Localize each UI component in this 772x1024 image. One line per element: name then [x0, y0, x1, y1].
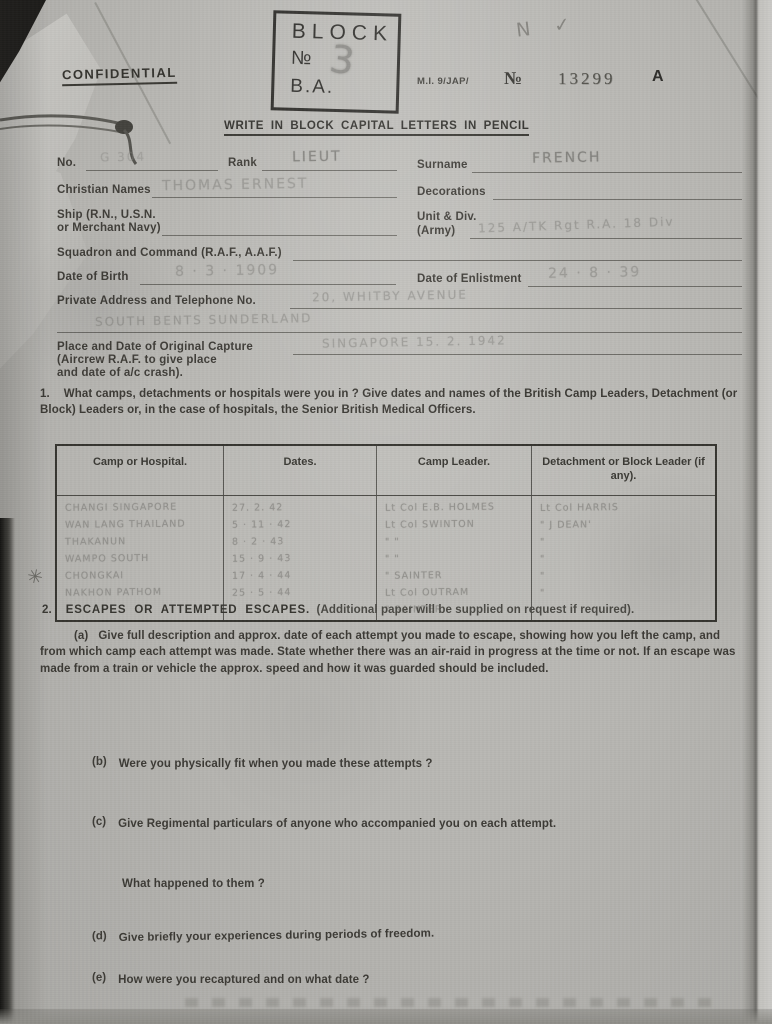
field-line-address-2: [57, 331, 742, 333]
block-capitals-instruction: WRITE IN BLOCK CAPITAL LETTERS IN PENCIL: [224, 120, 529, 136]
pencil-smudge: [185, 998, 715, 1007]
leader-cell: " ": [385, 549, 527, 567]
field-label-dob: Date of Birth: [57, 271, 129, 283]
question-2b-id: (b): [92, 756, 107, 772]
field-line-christian-names: [152, 196, 397, 198]
field-label-unit-div-2: (Army): [417, 225, 455, 237]
form-serial-number: 13299: [558, 69, 616, 89]
bottom-edge-shadow: [0, 1009, 772, 1024]
field-line-unit-div: [470, 237, 742, 239]
field-label-ship-2: or Merchant Navy): [57, 222, 161, 234]
question-1: 1.What camps, detachments or hospitals w…: [40, 386, 744, 419]
field-value-rank: LIEUT: [292, 149, 342, 166]
camps-column: CHANGI SINGAPORE WAN LANG THAILAND THAKA…: [57, 496, 224, 620]
field-label-capture-1: Place and Date of Original Capture: [57, 341, 253, 353]
field-label-capture-2: (Aircrew R.A.F. to give place: [57, 354, 217, 366]
form-number-label: №: [504, 68, 522, 89]
field-value-unit-div: 125 A/TK Rgt R.A. 18 Div: [478, 215, 675, 236]
detachment-cell: ": [540, 583, 711, 602]
field-value-enlistment: 24 · 8 · 39: [548, 264, 642, 282]
question-2-heading: 2.ESCAPES OR ATTEMPTED ESCAPES. (Additio…: [42, 602, 742, 618]
field-value-no: G 304: [100, 150, 146, 165]
question-2e: (e) How were you recaptured and on what …: [92, 972, 370, 988]
field-value-christian-names: THOMAS ERNEST: [162, 176, 309, 195]
confidential-marking: CONFIDENTIAL: [62, 65, 177, 86]
question-2-title: ESCAPES OR ATTEMPTED ESCAPES.: [66, 604, 310, 616]
field-line-dob: [140, 283, 396, 285]
form-reference-prefix: M.I. 9/JAP/: [417, 76, 469, 87]
camps-table-header-row: Camp or Hospital. Dates. Camp Leader. De…: [57, 446, 715, 496]
leader-cell: " SAINTER: [385, 566, 527, 584]
leader-cell: Lt Col E.B. HOLMES: [385, 498, 527, 516]
field-label-no: No.: [57, 157, 76, 169]
field-label-surname: Surname: [417, 159, 468, 171]
question-2b-text: Were you physically fit when you made th…: [119, 756, 433, 772]
date-cell: 25 · 5 · 44: [232, 583, 372, 601]
question-2e-text: How were you recaptured and on what date…: [118, 972, 370, 988]
detachment-cell: ": [540, 532, 711, 551]
field-line-enlistment: [528, 285, 742, 287]
question-2d: (d) Give briefly your experiences during…: [92, 926, 434, 947]
leader-cell: " ": [385, 532, 527, 550]
field-value-address-1: 20, WHITBY AVENUE: [312, 288, 468, 305]
question-2a: (a)Give full description and approx. dat…: [40, 628, 748, 677]
page-right-edge: [742, 0, 772, 1024]
field-line-squadron: [293, 259, 742, 261]
question-2c-id: (c): [92, 816, 106, 832]
field-value-capture: SINGAPORE 15. 2. 1942: [322, 333, 507, 350]
question-1-text: What camps, detachments or hospitals wer…: [40, 388, 737, 416]
camps-table-header-detachment: Detachment or Block Leader (if any).: [532, 446, 715, 495]
question-2c: (c) Give Regimental particulars of anyon…: [92, 816, 556, 832]
leader-cell: Lt Col SWINTON: [385, 515, 527, 533]
left-dark-edge: [0, 518, 15, 1024]
question-2c-text: Give Regimental particulars of anyone wh…: [118, 816, 556, 832]
camp-cell: WAMPO SOUTH: [65, 549, 219, 568]
field-line-rank: [262, 169, 397, 171]
field-value-dob: 8 · 3 · 1909: [175, 262, 279, 280]
camp-cell: THAKANUN: [65, 532, 219, 551]
field-line-decorations: [493, 198, 742, 200]
question-2b: (b) Were you physically fit when you mad…: [92, 756, 433, 772]
field-line-ship: [162, 234, 397, 236]
camps-table-header-camp: Camp or Hospital.: [57, 446, 224, 495]
leader-column: Lt Col E.B. HOLMES Lt Col SWINTON " " " …: [377, 496, 532, 620]
detachment-cell: Lt Col HARRIS: [540, 498, 711, 517]
camp-cell: WAN LANG THAILAND: [65, 515, 219, 534]
field-line-address-1: [290, 307, 742, 309]
field-line-surname: [472, 171, 742, 173]
camps-table-header-leader: Camp Leader.: [377, 446, 532, 495]
date-cell: 8 · 2 · 43: [232, 532, 372, 550]
question-2d-text: Give briefly your experiences during per…: [119, 926, 435, 947]
date-cell: 15 · 9 · 43: [232, 549, 372, 567]
field-value-address-2: SOUTH BENTS SUNDERLAND: [95, 311, 313, 329]
camps-table: Camp or Hospital. Dates. Camp Leader. De…: [55, 444, 717, 622]
scanned-pow-questionnaire-page: CONFIDENTIAL BLOCK № B.A. 3 M.I. 9/JAP/ …: [0, 0, 772, 1024]
field-value-surname: FRENCH: [532, 149, 602, 166]
question-2c-followup: What happened to them ?: [122, 876, 265, 892]
camp-cell: CHONGKAI: [65, 566, 219, 585]
detachment-cell: ": [540, 549, 711, 568]
pencil-checkmark-note: N ✓: [515, 12, 580, 42]
field-label-ship-1: Ship (R.N., U.S.N.: [57, 209, 156, 221]
date-cell: 17 · 4 · 44: [232, 566, 372, 584]
detachment-cell: " J DEAN': [540, 515, 711, 534]
field-line-no: [86, 169, 218, 171]
field-label-squadron: Squadron and Command (R.A.F., A.A.F.): [57, 247, 282, 259]
detachment-cell: ": [540, 566, 711, 585]
camp-cell: NAKHON PATHOM: [65, 583, 219, 602]
field-label-address: Private Address and Telephone No.: [57, 295, 256, 307]
date-cell: 27. 2. 42: [232, 498, 372, 516]
field-label-unit-div-1: Unit & Div.: [417, 211, 477, 223]
dates-column: 27. 2. 42 5 · 11 · 42 8 · 2 · 43 15 · 9 …: [224, 496, 377, 620]
field-label-christian-names: Christian Names: [57, 184, 151, 196]
question-2d-id: (d): [92, 930, 107, 947]
detachment-column: Lt Col HARRIS " J DEAN' " " " ": [532, 496, 715, 620]
question-2e-id: (e): [92, 972, 106, 988]
field-line-capture: [293, 353, 742, 355]
field-label-capture-3: and date of a/c crash).: [57, 367, 183, 379]
camps-table-body: CHANGI SINGAPORE WAN LANG THAILAND THAKA…: [57, 496, 715, 620]
question-2-note: (Additional paper will be supplied on re…: [317, 604, 635, 616]
camp-cell: CHANGI SINGAPORE: [65, 498, 219, 517]
question-2a-text: Give full description and approx. date o…: [40, 630, 735, 675]
question-2a-id: (a): [74, 630, 98, 642]
camps-table-header-dates: Dates.: [224, 446, 377, 495]
field-label-decorations: Decorations: [417, 186, 486, 198]
field-label-enlistment: Date of Enlistment: [417, 273, 522, 285]
date-cell: 5 · 11 · 42: [232, 515, 372, 533]
field-label-rank: Rank: [228, 157, 257, 169]
form-series-letter: A: [652, 68, 664, 86]
